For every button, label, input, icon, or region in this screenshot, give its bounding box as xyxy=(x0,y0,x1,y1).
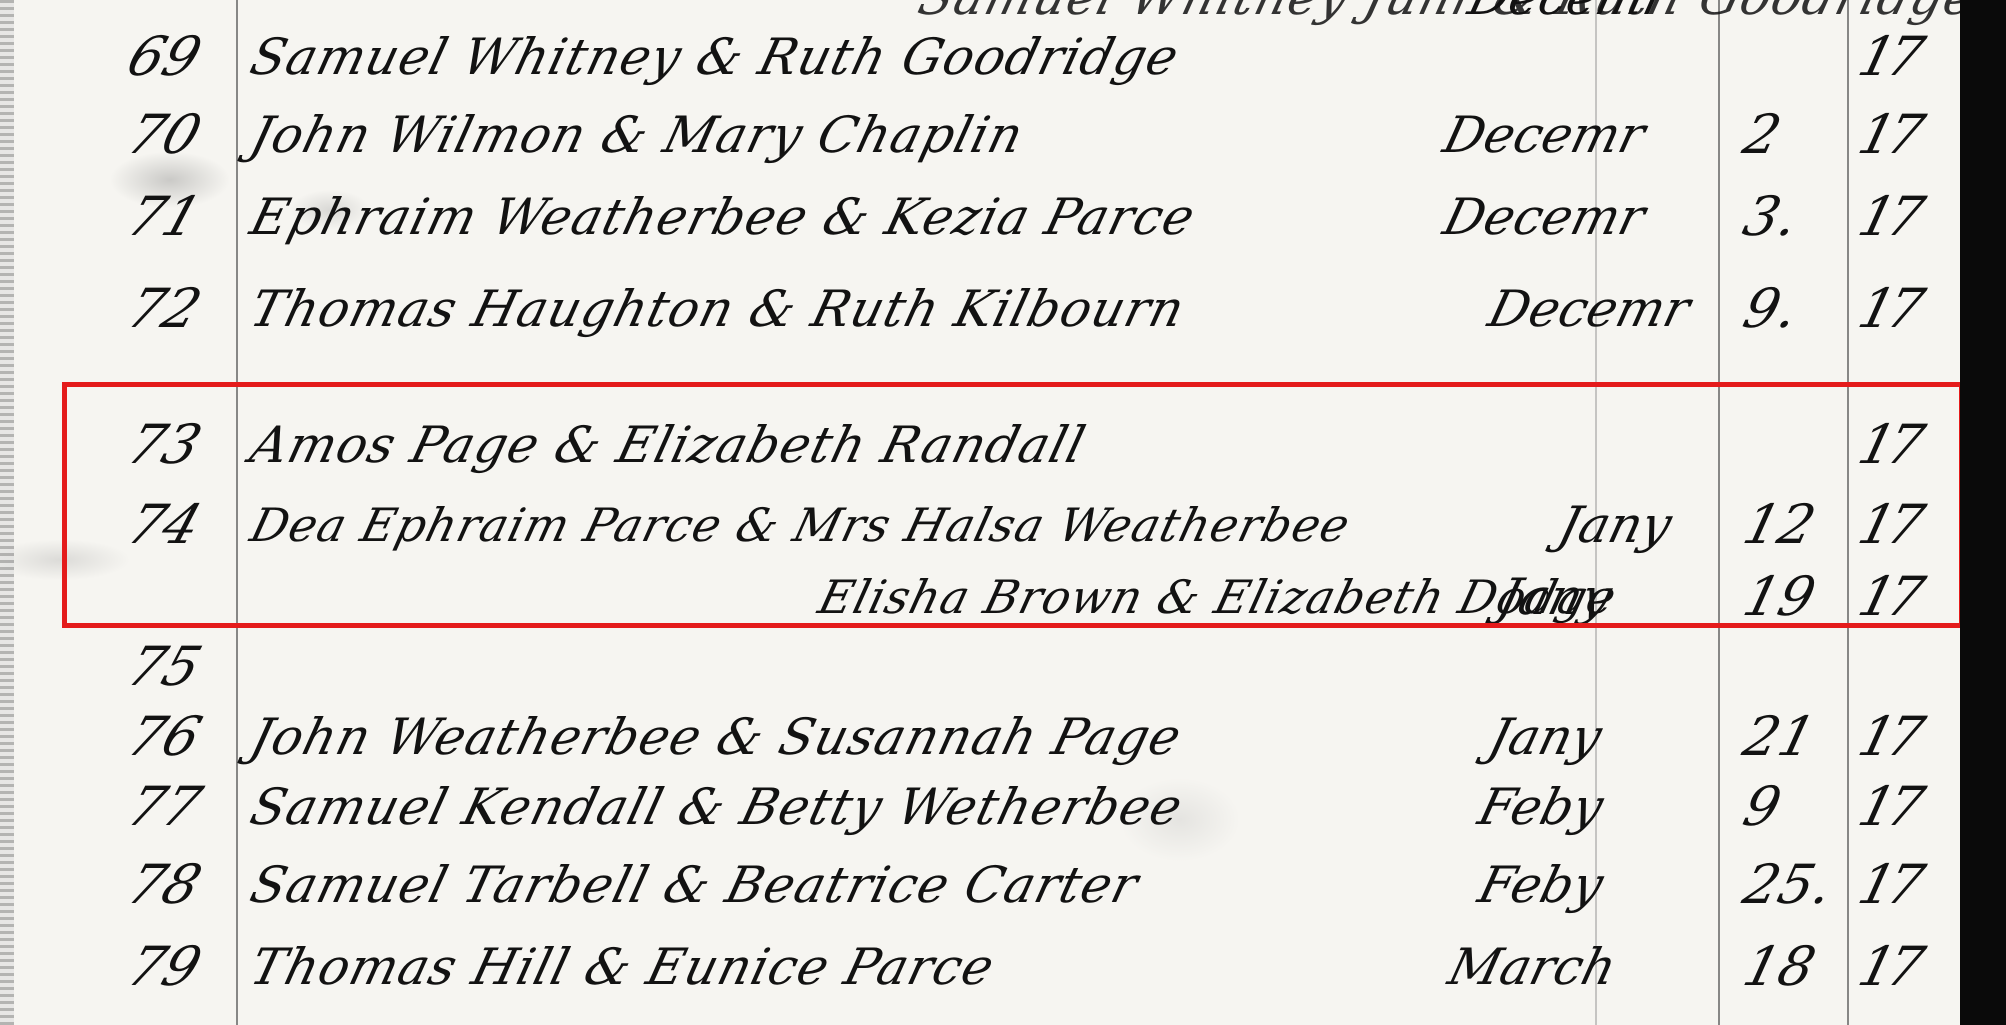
year-cell: 17 xyxy=(1851,700,1926,774)
entry-number: 69 xyxy=(118,20,211,94)
names-cell: Samuel Kendall & Betty Wetherbee xyxy=(243,770,1191,844)
day-cell: 2 xyxy=(1736,98,1789,172)
year-cell: 17 xyxy=(1851,848,1926,922)
entry-number: 71 xyxy=(118,180,211,254)
register-row: 72 Thomas Haughton & Ruth Kilbourn Decem… xyxy=(0,272,1960,346)
register-row: 70 John Wilmon & Mary Chaplin Decemr 2 1… xyxy=(0,98,1960,172)
day-cell: 9 xyxy=(1736,770,1789,844)
names-cell: Thomas Hill & Eunice Parce xyxy=(243,930,1003,1004)
names-cell: John Wilmon & Mary Chaplin xyxy=(243,98,1032,172)
entry-number: 75 xyxy=(118,630,211,704)
register-row: 76 John Weatherbee & Susannah Page Jany … xyxy=(0,700,1960,774)
names-cell: Ephraim Weatherbee & Kezia Parce xyxy=(243,180,1203,254)
year-cell: 17 xyxy=(1851,180,1926,254)
month-cell: Decemr xyxy=(1436,180,1653,254)
day-cell: 25. xyxy=(1736,848,1840,922)
entry-number: 77 xyxy=(118,770,211,844)
month-cell: Feby xyxy=(1471,770,1611,844)
month-cell: Decemr xyxy=(1436,98,1653,172)
entry-number: 76 xyxy=(118,700,211,774)
entry-number: 70 xyxy=(118,98,211,172)
year-cell: 17 xyxy=(1851,272,1926,346)
day-cell: 3. xyxy=(1736,180,1806,254)
day-cell: 18 xyxy=(1736,930,1823,1004)
entry-number: 72 xyxy=(118,272,211,346)
day-cell: 9. xyxy=(1736,272,1806,346)
highlight-box xyxy=(62,382,1964,628)
register-row: 75 xyxy=(0,630,1960,704)
names-cell: Samuel Tarbell & Beatrice Carter xyxy=(243,848,1147,922)
year-cell: 17 xyxy=(1851,930,1926,1004)
names-cell: Thomas Haughton & Ruth Kilbourn xyxy=(243,272,1193,346)
names-cell: Samuel Whitney & Ruth Goodridge xyxy=(243,20,1187,94)
register-row: 69 Samuel Whitney & Ruth Goodridge 17 xyxy=(0,20,1960,94)
register-row: 71 Ephraim Weatherbee & Kezia Parce Dece… xyxy=(0,180,1960,254)
entry-number: 79 xyxy=(118,930,211,1004)
day-cell: 21 xyxy=(1736,700,1823,774)
year-cell: 17 xyxy=(1851,770,1926,844)
year-cell: 17 xyxy=(1851,98,1926,172)
month-cell: Feby xyxy=(1471,848,1611,922)
scan-dark-border xyxy=(1960,0,2006,1025)
month-cell: Decemr xyxy=(1481,272,1698,346)
register-row: 77 Samuel Kendall & Betty Wetherbee Feby… xyxy=(0,770,1960,844)
month-cell: Jany xyxy=(1481,700,1610,774)
register-page: Samuel Whitney Junr & Ruth Goodridge Dec… xyxy=(0,0,1960,1025)
register-row: 79 Thomas Hill & Eunice Parce March 18 1… xyxy=(0,930,1960,1004)
register-row: 78 Samuel Tarbell & Beatrice Carter Feby… xyxy=(0,848,1960,922)
names-cell: John Weatherbee & Susannah Page xyxy=(243,700,1190,774)
month-cell: March xyxy=(1441,930,1625,1004)
entry-number: 78 xyxy=(118,848,211,922)
year-cell: 17 xyxy=(1851,20,1926,94)
